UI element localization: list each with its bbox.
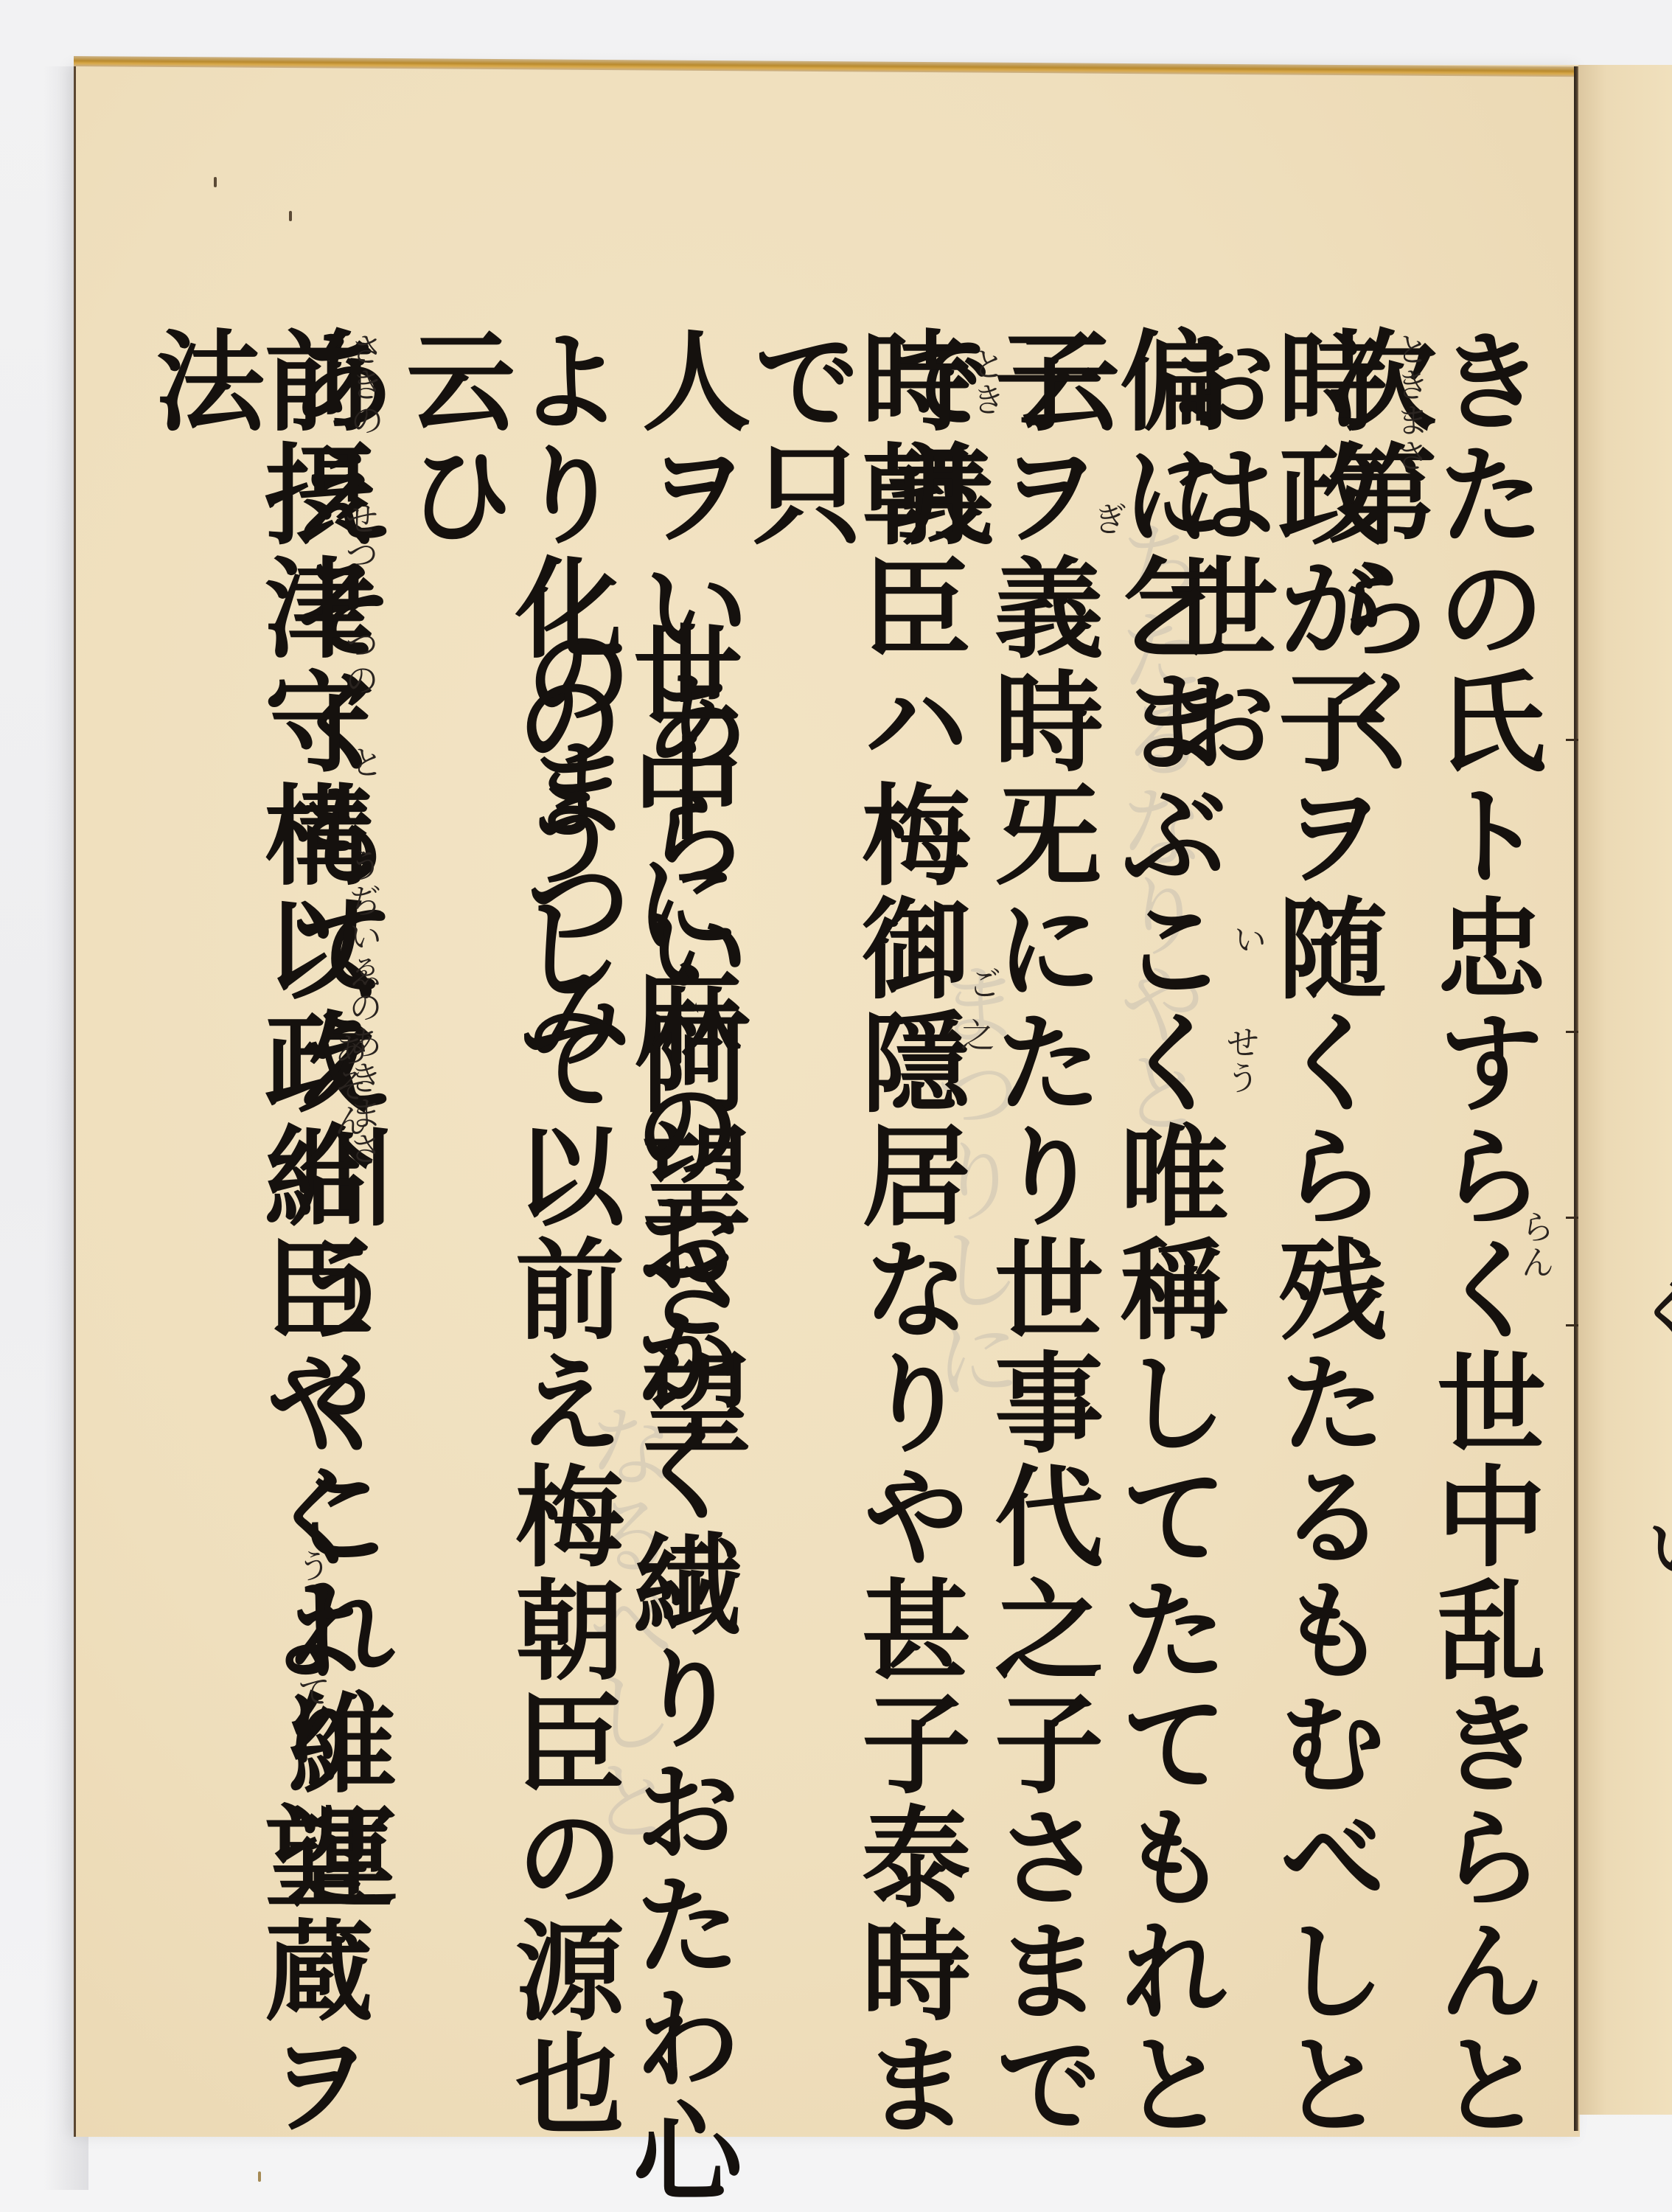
ruby-annotation: ご <box>958 966 1007 1001</box>
ruby-annotation: さきの <box>341 332 389 438</box>
ruby-annotation: う <box>288 1548 336 1584</box>
ruby-annotation: 之 <box>951 1018 1000 1053</box>
ruby-annotation: つの <box>335 627 384 698</box>
text-column-5: 時朝臣ハ梅御隱居なりや甚子泰時まで只 <box>745 324 963 2212</box>
ruby-annotation: ぎ <box>1084 501 1132 537</box>
adjacent-page-glyph: い <box>1648 1495 1672 1591</box>
ruby-annotation: て <box>288 1674 336 1709</box>
ruby-annotation: らん <box>1511 1209 1560 1280</box>
paper-speck <box>258 2171 261 2182</box>
paper-speck <box>214 177 217 187</box>
adjacent-page: く い <box>1578 65 1672 2115</box>
ruby-annotation: せう <box>1216 1025 1265 1096</box>
ruby-annotation: ときまさ <box>1386 332 1435 473</box>
ruby-annotation: い <box>1224 922 1272 957</box>
ruby-annotation: とき <box>962 347 1011 417</box>
text-column-8: より化のうして以前え梅朝臣の源也云ひ <box>398 324 616 2212</box>
ruby-annotation: と <box>341 745 389 780</box>
text-column-10: 前摂津守構以政給臣やくより望蔵ヲ法 <box>147 324 366 2212</box>
paper-speck <box>289 211 292 221</box>
adjacent-page-glyph: く <box>1637 1259 1672 1355</box>
ruby-annotation: せつ <box>335 501 384 572</box>
ruby-annotation: あそん <box>324 1032 373 1138</box>
